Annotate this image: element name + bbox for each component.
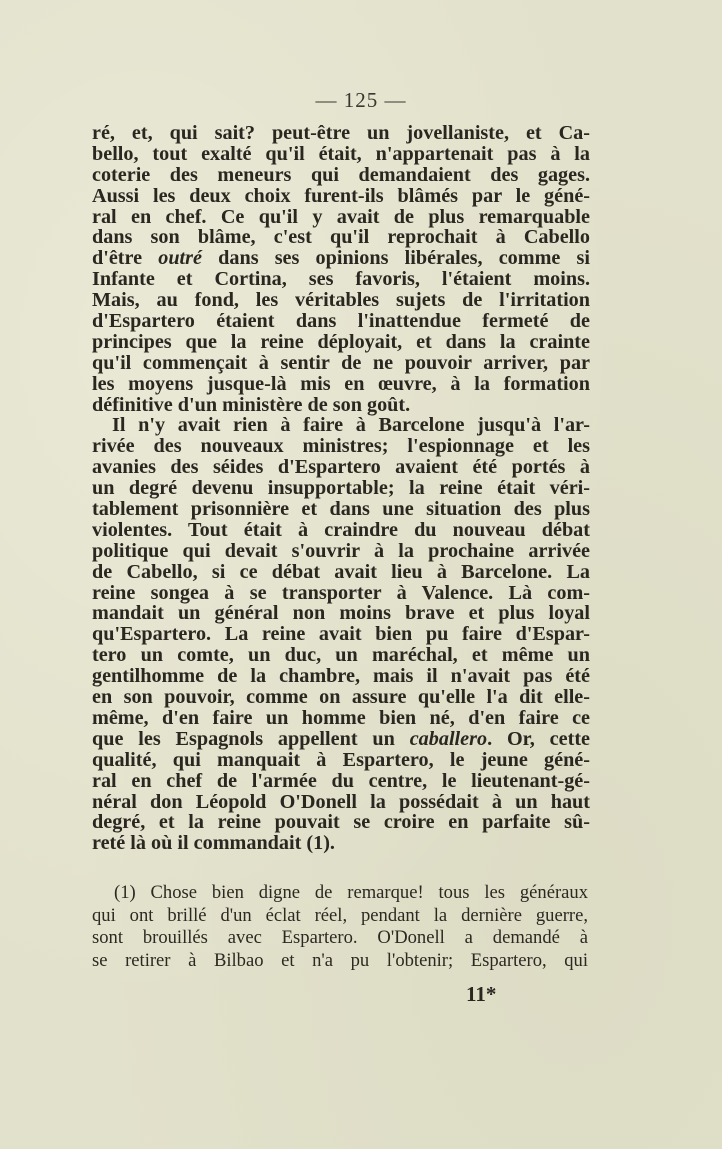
text-line: néral don Léopold O'Donell la possédait … [92, 792, 590, 813]
footnote-line: qui ont brillé d'un éclat réel, pendant … [92, 905, 588, 928]
main-text-block: ré, et, qui sait? peut-être un jovellani… [92, 123, 590, 854]
text-line: qu'il commençait à sentir de ne pouvoir … [92, 353, 590, 374]
text-line: qu'Espartero. La reine avait bien pu fai… [92, 624, 590, 645]
italic-word: caballero [410, 728, 487, 750]
text-line: degré, et la reine pouvait se croire en … [92, 812, 590, 833]
text-line: bello, tout exalté qu'il était, n'appart… [92, 144, 590, 165]
footnote-line: se retirer à Bilbao et n'a pu l'obtenir;… [92, 950, 588, 973]
text-line: les moyens jusque-là mis en œuvre, à la … [92, 374, 590, 395]
text-line: violentes. Tout était à craindre du nouv… [92, 520, 590, 541]
page-number: — 125 — [0, 88, 722, 113]
footnote: (1) Chose bien digne de remarque! tous l… [92, 882, 588, 972]
text-line: avanies des séides d'Espartero avaient é… [92, 457, 590, 478]
text-line: reine songea à se transporter à Valence.… [92, 583, 590, 604]
text-line: reté là où il commandait (1). [92, 833, 590, 854]
footnote-line: (1) Chose bien digne de remarque! tous l… [92, 882, 588, 905]
text-line: principes que la reine déployait, et dan… [92, 332, 590, 353]
text-line: dans son blâme, c'est qu'il reprochait à… [92, 227, 590, 248]
paragraph-start-line: Il n'y avait rien à faire à Barcelone ju… [92, 415, 590, 436]
text-line: en son pouvoir, comme on assure qu'elle … [92, 687, 590, 708]
text-segment: que les Espagnols appellent un [92, 728, 410, 750]
text-line: rivée des nouveaux ministres; l'espionna… [92, 436, 590, 457]
text-line: politique qui devait s'ouvrir à la proch… [92, 541, 590, 562]
text-segment: dans ses opinions libérales, comme si [202, 247, 590, 269]
text-segment: . Or, cette [487, 728, 590, 750]
text-line: qualité, qui manquait à Espartero, le je… [92, 750, 590, 771]
text-line: ral en chef de l'armée du centre, le lie… [92, 771, 590, 792]
text-line: gentilhomme de la chambre, mais il n'ava… [92, 666, 590, 687]
text-line: mandait un général non moins brave et pl… [92, 603, 590, 624]
book-page: — 125 — ré, et, qui sait? peut-être un j… [0, 0, 722, 1149]
text-line: même, d'en faire un homme bien né, d'en … [92, 708, 590, 729]
text-line: ré, et, qui sait? peut-être un jovellani… [92, 123, 590, 144]
text-line: tablement prisonnière et dans une situat… [92, 499, 590, 520]
text-segment: d'être [92, 247, 158, 269]
text-line-with-italic: d'être outré dans ses opinions libérales… [92, 248, 590, 269]
text-line: Mais, au fond, les véritables sujets de … [92, 290, 590, 311]
text-line: tero un comte, un duc, un maréchal, et m… [92, 645, 590, 666]
signature-mark: 11* [466, 982, 496, 1007]
text-line: Aussi les deux choix furent-ils blâmés p… [92, 186, 590, 207]
text-line: ral en chef. Ce qu'il y avait de plus re… [92, 207, 590, 228]
text-line: définitive d'un ministère de son goût. [92, 395, 590, 416]
text-line: de Cabello, si ce débat avait lieu à Bar… [92, 562, 590, 583]
footnote-line: sont brouillés avec Espartero. O'Donell … [92, 927, 588, 950]
text-line: un degré devenu insupportable; la reine … [92, 478, 590, 499]
italic-word: outré [158, 247, 202, 269]
text-line: coterie des meneurs qui demandaient des … [92, 165, 590, 186]
text-line: d'Espartero étaient dans l'inattendue fe… [92, 311, 590, 332]
text-line: Infante et Cortina, ses favoris, l'étaie… [92, 269, 590, 290]
text-line-with-italic: que les Espagnols appellent un caballero… [92, 729, 590, 750]
